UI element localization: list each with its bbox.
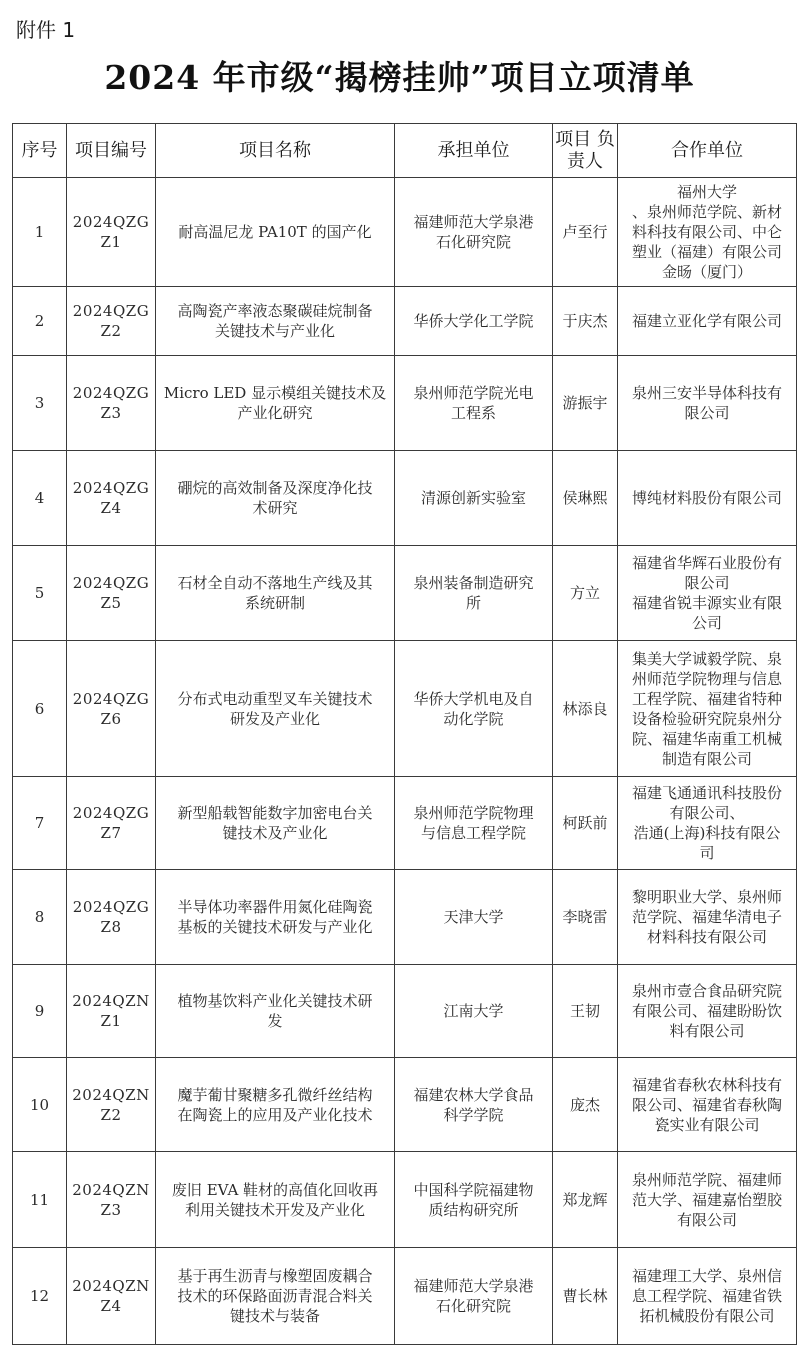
cell-partner: 福建省春秋农林科技有限公司、福建省春秋陶瓷实业有限公司 <box>618 1058 797 1152</box>
cell-project-code: 2024QZGZ7 <box>67 777 156 870</box>
cell-partner-line: 司 <box>620 843 794 863</box>
cell-partner: 泉州市壹合食品研究院有限公司、福建盼盼饮料有限公司 <box>618 965 797 1058</box>
header-name: 项目名称 <box>156 124 395 178</box>
cell-undertaker-line: 与信息工程学院 <box>397 823 550 843</box>
table-body: 12024QZGZ1耐高温尼龙 PA10T 的国产化福建师范大学泉港石化研究院卢… <box>13 178 797 1345</box>
table-row: 52024QZGZ5石材全自动不落地生产线及其系统研制泉州装备制造研究所方立福建… <box>13 546 797 641</box>
cell-seq: 12 <box>13 1248 67 1345</box>
cell-project-name-line: 技术的环保路面沥青混合料关 <box>158 1286 392 1306</box>
header-undertaker: 承担单位 <box>395 124 553 178</box>
cell-project-name: 魔芋葡甘聚糖多孔微纤丝结构在陶瓷上的应用及产业化技术 <box>156 1058 395 1152</box>
cell-project-name: 植物基饮料产业化关键技术研发 <box>156 965 395 1058</box>
cell-partner-line: 浩通(上海)科技有限公 <box>620 823 794 843</box>
cell-project-code: 2024QZNZ1 <box>67 965 156 1058</box>
header-leader: 项目 负责人 <box>553 124 618 178</box>
cell-partner-line: 瓷实业有限公司 <box>620 1115 794 1135</box>
cell-partner: 博纯材料股份有限公司 <box>618 451 797 546</box>
cell-project-code: 2024QZGZ3 <box>67 356 156 451</box>
cell-partner-line: 、泉州师范学院、新材 <box>620 202 794 222</box>
cell-partner: 福州大学、泉州师范学院、新材料科技有限公司、中仑塑业（福建）有限公司金旸（厦门） <box>618 178 797 287</box>
cell-project-name-line: 半导体功率器件用氮化硅陶瓷 <box>158 897 392 917</box>
cell-leader: 李晓雷 <box>553 870 618 965</box>
cell-undertaker-line: 动化学院 <box>397 709 550 729</box>
cell-seq: 9 <box>13 965 67 1058</box>
cell-partner-line: 集美大学诚毅学院、泉 <box>620 649 794 669</box>
cell-undertaker-line: 质结构研究所 <box>397 1200 550 1220</box>
table-row: 122024QZNZ4基于再生沥青与橡塑固废耦合技术的环保路面沥青混合料关键技术… <box>13 1248 797 1345</box>
cell-project-code: 2024QZGZ1 <box>67 178 156 287</box>
cell-project-name-line: 研发及产业化 <box>158 709 392 729</box>
cell-partner-line: 福建省华辉石业股份有 <box>620 553 794 573</box>
cell-partner: 福建省华辉石业股份有限公司福建省锐丰源实业有限公司 <box>618 546 797 641</box>
cell-leader: 方立 <box>553 546 618 641</box>
cell-partner-line: 金旸（厦门） <box>620 262 794 282</box>
cell-partner-line: 福建省春秋农林科技有 <box>620 1075 794 1095</box>
cell-undertaker-line: 石化研究院 <box>397 1296 550 1316</box>
cell-undertaker-line: 泉州装备制造研究 <box>397 573 550 593</box>
cell-partner-line: 泉州市壹合食品研究院 <box>620 981 794 1001</box>
cell-project-name: Micro LED 显示模组关键技术及产业化研究 <box>156 356 395 451</box>
cell-project-name-line: 石材全自动不落地生产线及其 <box>158 573 392 593</box>
cell-project-name: 硼烷的高效制备及深度净化技术研究 <box>156 451 395 546</box>
cell-project-name-line: 键技术及产业化 <box>158 823 392 843</box>
table-header-row: 序号 项目编号 项目名称 承担单位 项目 负责人 合作单位 <box>13 124 797 178</box>
cell-project-name-line: 术研究 <box>158 498 392 518</box>
cell-project-code: 2024QZGZ5 <box>67 546 156 641</box>
cell-project-name-line: 基板的关键技术研发与产业化 <box>158 917 392 937</box>
cell-partner-line: 拓机械股份有限公司 <box>620 1306 794 1326</box>
cell-undertaker: 福建农林大学食品科学学院 <box>395 1058 553 1152</box>
cell-undertaker-line: 石化研究院 <box>397 232 550 252</box>
cell-project-code: 2024QZNZ4 <box>67 1248 156 1345</box>
cell-partner: 福建理工大学、泉州信息工程学院、福建省铁拓机械股份有限公司 <box>618 1248 797 1345</box>
cell-seq: 3 <box>13 356 67 451</box>
cell-partner-line: 塑业（福建）有限公司 <box>620 242 794 262</box>
cell-partner-line: 福建立亚化学有限公司 <box>620 311 794 331</box>
cell-seq: 5 <box>13 546 67 641</box>
cell-undertaker: 天津大学 <box>395 870 553 965</box>
cell-project-name: 基于再生沥青与橡塑固废耦合技术的环保路面沥青混合料关键技术与装备 <box>156 1248 395 1345</box>
cell-partner-line: 黎明职业大学、泉州师 <box>620 887 794 907</box>
cell-undertaker-line: 华侨大学化工学院 <box>397 311 550 331</box>
cell-partner-line: 材料科技有限公司 <box>620 927 794 947</box>
cell-undertaker-line: 工程系 <box>397 403 550 423</box>
table-row: 112024QZNZ3废旧 EVA 鞋材的高值化回收再利用关键技术开发及产业化中… <box>13 1152 797 1248</box>
project-list-table: 序号 项目编号 项目名称 承担单位 项目 负责人 合作单位 12024QZGZ1… <box>12 123 797 1345</box>
cell-undertaker: 泉州装备制造研究所 <box>395 546 553 641</box>
document-title: 2024 年市级“揭榜挂帅”项目立项清单 <box>0 52 799 99</box>
cell-leader: 卢至行 <box>553 178 618 287</box>
cell-partner: 泉州三安半导体科技有限公司 <box>618 356 797 451</box>
table-row: 12024QZGZ1耐高温尼龙 PA10T 的国产化福建师范大学泉港石化研究院卢… <box>13 178 797 287</box>
cell-partner-line: 设备检验研究院泉州分 <box>620 709 794 729</box>
cell-undertaker: 泉州师范学院物理与信息工程学院 <box>395 777 553 870</box>
cell-partner-line: 制造有限公司 <box>620 749 794 769</box>
cell-project-name: 高陶瓷产率液态聚碳硅烷制备关键技术与产业化 <box>156 287 395 356</box>
table-row: 62024QZGZ6分布式电动重型叉车关键技术研发及产业化华侨大学机电及自动化学… <box>13 641 797 777</box>
cell-project-code: 2024QZGZ4 <box>67 451 156 546</box>
table-row: 72024QZGZ7新型船载智能数字加密电台关键技术及产业化泉州师范学院物理与信… <box>13 777 797 870</box>
cell-undertaker: 华侨大学化工学院 <box>395 287 553 356</box>
cell-partner-line: 泉州三安半导体科技有 <box>620 383 794 403</box>
cell-partner-line: 限公司、福建省春秋陶 <box>620 1095 794 1115</box>
cell-partner-line: 限公司 <box>620 403 794 423</box>
cell-partner-line: 泉州师范学院、福建师 <box>620 1170 794 1190</box>
cell-partner-line: 院、福建华南重工机械 <box>620 729 794 749</box>
cell-project-code: 2024QZGZ2 <box>67 287 156 356</box>
cell-partner-line: 福州大学 <box>620 182 794 202</box>
cell-undertaker-line: 所 <box>397 593 550 613</box>
cell-leader: 郑龙辉 <box>553 1152 618 1248</box>
header-code: 项目编号 <box>67 124 156 178</box>
cell-partner-line: 限公司 <box>620 573 794 593</box>
cell-undertaker: 福建师范大学泉港石化研究院 <box>395 178 553 287</box>
cell-undertaker: 清源创新实验室 <box>395 451 553 546</box>
header-leader-line1: 项目 <box>555 129 591 150</box>
cell-partner-line: 公司 <box>620 613 794 633</box>
cell-undertaker: 泉州师范学院光电工程系 <box>395 356 553 451</box>
cell-project-code: 2024QZGZ6 <box>67 641 156 777</box>
cell-partner-line: 有限公司、 <box>620 803 794 823</box>
cell-seq: 1 <box>13 178 67 287</box>
cell-seq: 11 <box>13 1152 67 1248</box>
cell-undertaker-line: 泉州师范学院物理 <box>397 803 550 823</box>
table-row: 32024QZGZ3Micro LED 显示模组关键技术及产业化研究泉州师范学院… <box>13 356 797 451</box>
attachment-label: 附件 1 <box>16 14 75 43</box>
cell-undertaker-line: 天津大学 <box>397 907 550 927</box>
cell-project-name-line: 系统研制 <box>158 593 392 613</box>
cell-partner-line: 福建飞通通讯科技股份 <box>620 783 794 803</box>
cell-undertaker: 中国科学院福建物质结构研究所 <box>395 1152 553 1248</box>
cell-partner-line: 福建理工大学、泉州信 <box>620 1266 794 1286</box>
cell-project-name-line: 耐高温尼龙 PA10T 的国产化 <box>158 222 392 242</box>
cell-undertaker-line: 江南大学 <box>397 1001 550 1021</box>
cell-undertaker: 江南大学 <box>395 965 553 1058</box>
cell-leader: 王韧 <box>553 965 618 1058</box>
cell-partner-line: 福建省锐丰源实业有限 <box>620 593 794 613</box>
table-row: 92024QZNZ1植物基饮料产业化关键技术研发江南大学王韧泉州市壹合食品研究院… <box>13 965 797 1058</box>
header-seq: 序号 <box>13 124 67 178</box>
cell-partner: 福建立亚化学有限公司 <box>618 287 797 356</box>
cell-partner-line: 有限公司、福建盼盼饮 <box>620 1001 794 1021</box>
cell-partner-line: 州师范学院物理与信息 <box>620 669 794 689</box>
cell-project-name-line: 产业化研究 <box>158 403 392 423</box>
cell-project-name-line: Micro LED 显示模组关键技术及 <box>158 383 392 403</box>
cell-leader: 游振宇 <box>553 356 618 451</box>
cell-leader: 于庆杰 <box>553 287 618 356</box>
table-row: 22024QZGZ2高陶瓷产率液态聚碳硅烷制备关键技术与产业化华侨大学化工学院于… <box>13 287 797 356</box>
cell-project-name-line: 键技术与装备 <box>158 1306 392 1326</box>
cell-undertaker-line: 泉州师范学院光电 <box>397 383 550 403</box>
cell-seq: 8 <box>13 870 67 965</box>
cell-partner-line: 范学院、福建华清电子 <box>620 907 794 927</box>
cell-leader: 曹长林 <box>553 1248 618 1345</box>
cell-project-name: 分布式电动重型叉车关键技术研发及产业化 <box>156 641 395 777</box>
cell-partner: 集美大学诚毅学院、泉州师范学院物理与信息工程学院、福建省特种设备检验研究院泉州分… <box>618 641 797 777</box>
cell-partner-line: 料有限公司 <box>620 1021 794 1041</box>
cell-leader: 林添良 <box>553 641 618 777</box>
cell-project-code: 2024QZNZ2 <box>67 1058 156 1152</box>
cell-leader: 侯琳熙 <box>553 451 618 546</box>
cell-leader: 柯跃前 <box>553 777 618 870</box>
cell-partner-line: 博纯材料股份有限公司 <box>620 488 794 508</box>
cell-project-name-line: 硼烷的高效制备及深度净化技 <box>158 478 392 498</box>
cell-partner: 泉州师范学院、福建师范大学、福建嘉怡塑胶有限公司 <box>618 1152 797 1248</box>
cell-project-name-line: 发 <box>158 1011 392 1031</box>
cell-project-name-line: 废旧 EVA 鞋材的高值化回收再 <box>158 1180 392 1200</box>
cell-project-name-line: 新型船载智能数字加密电台关 <box>158 803 392 823</box>
cell-project-code: 2024QZGZ8 <box>67 870 156 965</box>
header-partner: 合作单位 <box>618 124 797 178</box>
table-row: 42024QZGZ4硼烷的高效制备及深度净化技术研究清源创新实验室侯琳熙博纯材料… <box>13 451 797 546</box>
cell-project-name: 新型船载智能数字加密电台关键技术及产业化 <box>156 777 395 870</box>
cell-partner-line: 息工程学院、福建省铁 <box>620 1286 794 1306</box>
cell-partner: 黎明职业大学、泉州师范学院、福建华清电子材料科技有限公司 <box>618 870 797 965</box>
cell-project-name-line: 分布式电动重型叉车关键技术 <box>158 689 392 709</box>
cell-project-name-line: 在陶瓷上的应用及产业化技术 <box>158 1105 392 1125</box>
cell-project-name-line: 利用关键技术开发及产业化 <box>158 1200 392 1220</box>
cell-undertaker-line: 中国科学院福建物 <box>397 1180 550 1200</box>
cell-project-name: 半导体功率器件用氮化硅陶瓷基板的关键技术研发与产业化 <box>156 870 395 965</box>
cell-project-name: 耐高温尼龙 PA10T 的国产化 <box>156 178 395 287</box>
cell-undertaker: 华侨大学机电及自动化学院 <box>395 641 553 777</box>
cell-project-name-line: 基于再生沥青与橡塑固废耦合 <box>158 1266 392 1286</box>
cell-project-name-line: 高陶瓷产率液态聚碳硅烷制备 <box>158 301 392 321</box>
cell-leader: 庞杰 <box>553 1058 618 1152</box>
cell-undertaker-line: 福建师范大学泉港 <box>397 1276 550 1296</box>
cell-project-code: 2024QZNZ3 <box>67 1152 156 1248</box>
cell-partner: 福建飞通通讯科技股份有限公司、浩通(上海)科技有限公司 <box>618 777 797 870</box>
cell-project-name: 废旧 EVA 鞋材的高值化回收再利用关键技术开发及产业化 <box>156 1152 395 1248</box>
cell-undertaker-line: 福建农林大学食品 <box>397 1085 550 1105</box>
cell-project-name-line: 植物基饮料产业化关键技术研 <box>158 991 392 1011</box>
cell-seq: 7 <box>13 777 67 870</box>
cell-partner-line: 范大学、福建嘉怡塑胶 <box>620 1190 794 1210</box>
cell-project-name: 石材全自动不落地生产线及其系统研制 <box>156 546 395 641</box>
cell-seq: 2 <box>13 287 67 356</box>
cell-partner-line: 有限公司 <box>620 1210 794 1230</box>
cell-project-name-line: 关键技术与产业化 <box>158 321 392 341</box>
cell-seq: 4 <box>13 451 67 546</box>
cell-undertaker: 福建师范大学泉港石化研究院 <box>395 1248 553 1345</box>
cell-seq: 10 <box>13 1058 67 1152</box>
table-row: 82024QZGZ8半导体功率器件用氮化硅陶瓷基板的关键技术研发与产业化天津大学… <box>13 870 797 965</box>
cell-undertaker-line: 华侨大学机电及自 <box>397 689 550 709</box>
cell-undertaker-line: 科学学院 <box>397 1105 550 1125</box>
cell-project-name-line: 魔芋葡甘聚糖多孔微纤丝结构 <box>158 1085 392 1105</box>
cell-seq: 6 <box>13 641 67 777</box>
cell-undertaker-line: 福建师范大学泉港 <box>397 212 550 232</box>
cell-partner-line: 工程学院、福建省特种 <box>620 689 794 709</box>
cell-partner-line: 料科技有限公司、中仑 <box>620 222 794 242</box>
table-row: 102024QZNZ2魔芋葡甘聚糖多孔微纤丝结构在陶瓷上的应用及产业化技术福建农… <box>13 1058 797 1152</box>
cell-undertaker-line: 清源创新实验室 <box>397 488 550 508</box>
